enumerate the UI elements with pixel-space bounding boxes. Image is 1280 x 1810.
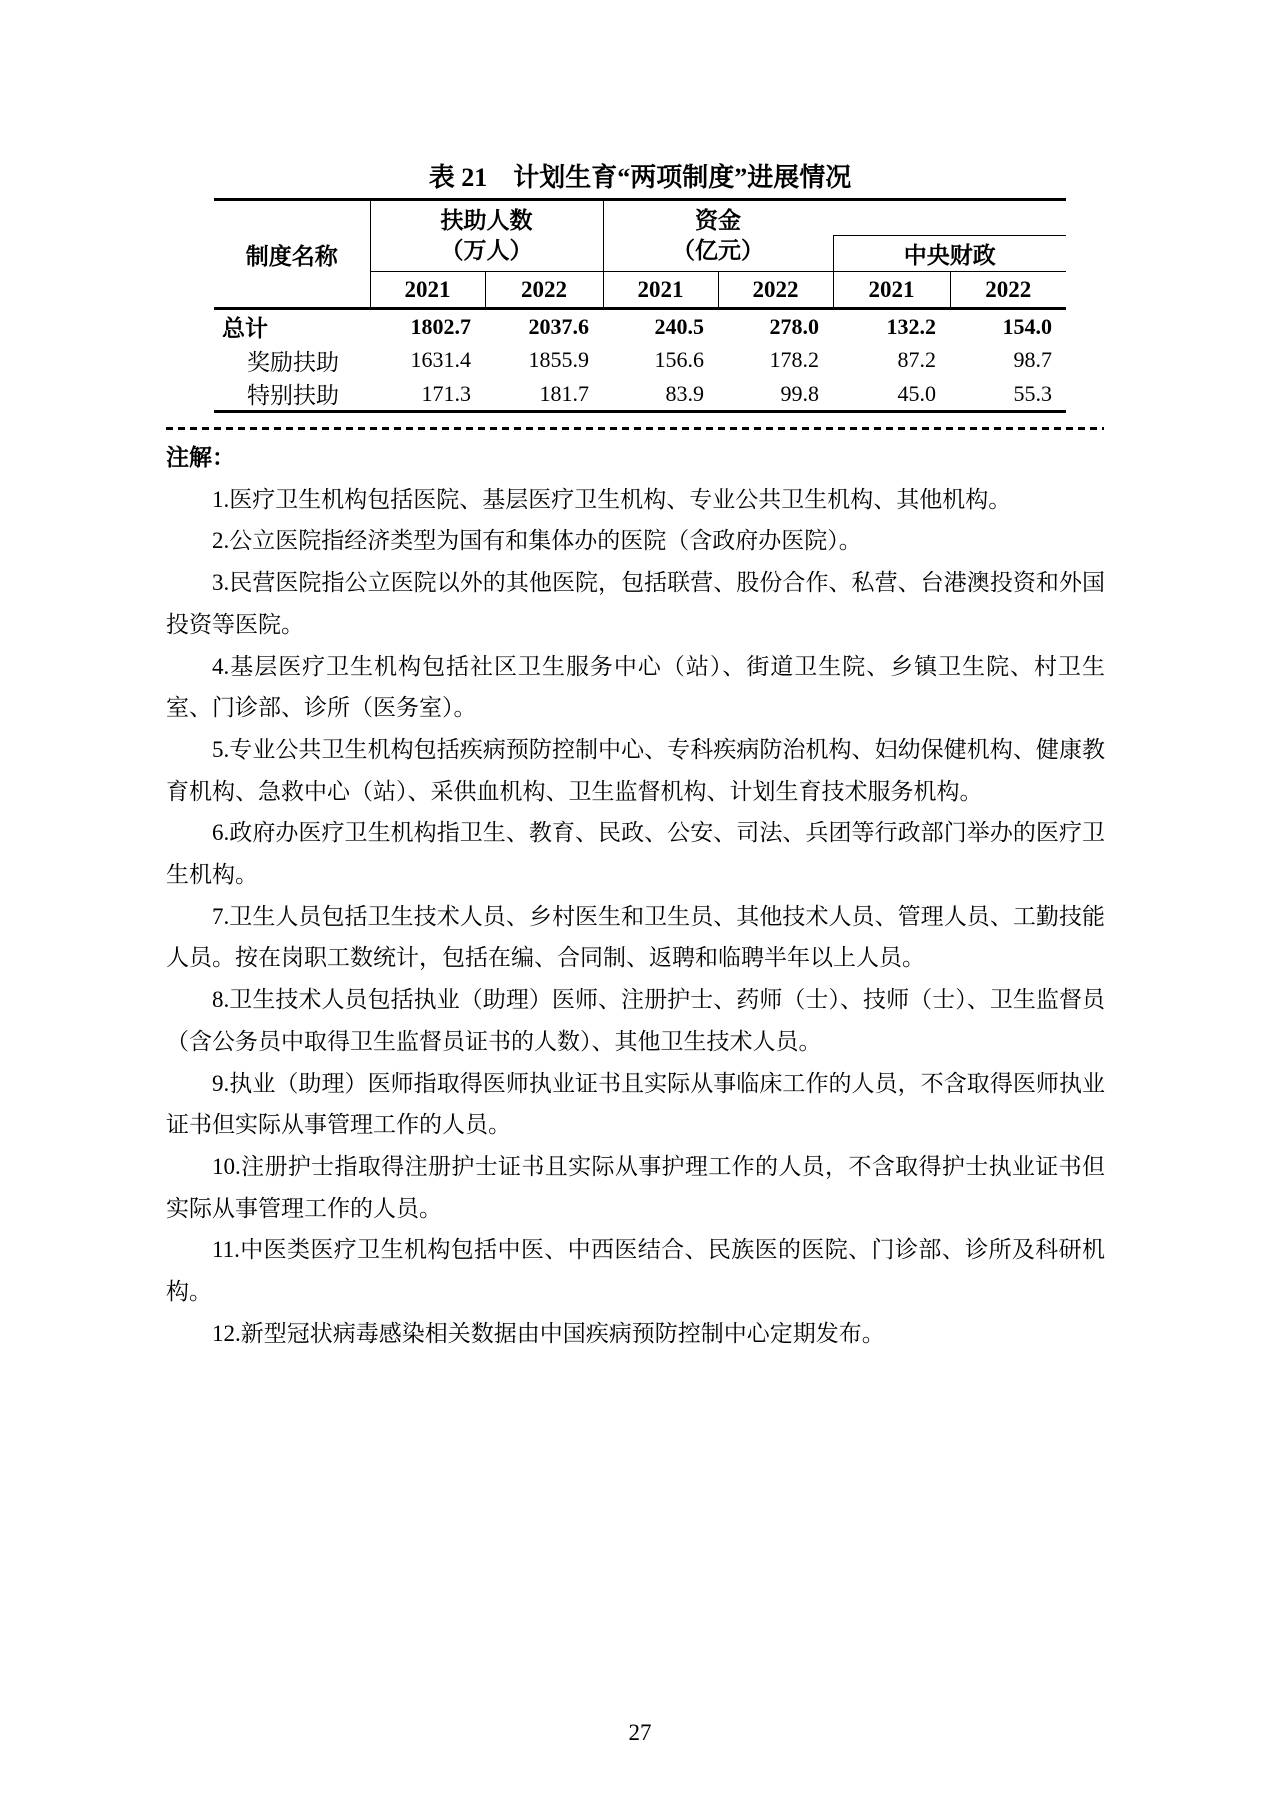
note-item: 10.注册护士指取得注册护士证书且实际从事护理工作的人员，不含取得护士执业证书但… xyxy=(166,1146,1105,1229)
cell-value: 171.3 xyxy=(370,377,485,412)
notes-section: 注解： 1.医疗卫生机构包括医院、基层医疗卫生机构、专业公共卫生机构、其他机构。… xyxy=(166,437,1105,1354)
note-item: 8.卫生技术人员包括执业（助理）医师、注册护士、药师（士）、技师（士）、卫生监督… xyxy=(166,979,1105,1062)
cell-value: 240.5 xyxy=(603,309,718,344)
cell-value: 278.0 xyxy=(718,309,833,344)
cell-value: 83.9 xyxy=(603,377,718,412)
cell-value: 55.3 xyxy=(950,377,1066,412)
group-header-funds-line2: （亿元） xyxy=(604,236,833,266)
cell-value: 87.2 xyxy=(833,343,950,377)
column-header-name: 制度名称 xyxy=(214,200,370,309)
group-header-funds: 资金 （亿元） xyxy=(603,200,833,272)
table-title: 表 21 计划生育“两项制度”进展情况 xyxy=(214,158,1066,198)
table-row: 特别扶助171.3181.783.999.845.055.3 xyxy=(214,377,1066,412)
notes-heading: 注解： xyxy=(166,437,1105,479)
year-header: 2021 xyxy=(603,272,718,309)
year-header: 2022 xyxy=(485,272,603,309)
group-header-funds-line1: 资金 xyxy=(604,206,833,236)
cell-value: 178.2 xyxy=(718,343,833,377)
group-header-recipients: 扶助人数 （万人） xyxy=(370,200,603,272)
cell-value: 156.6 xyxy=(603,343,718,377)
cell-value: 1802.7 xyxy=(370,309,485,344)
notes-list: 1.医疗卫生机构包括医院、基层医疗卫生机构、专业公共卫生机构、其他机构。2.公立… xyxy=(166,479,1105,1355)
cell-value: 1631.4 xyxy=(370,343,485,377)
row-name: 特别扶助 xyxy=(214,377,370,412)
cell-value: 45.0 xyxy=(833,377,950,412)
note-item: 12.新型冠状病毒感染相关数据由中国疾病预防控制中心定期发布。 xyxy=(166,1313,1105,1355)
row-name: 奖励扶助 xyxy=(214,343,370,377)
note-item: 1.医疗卫生机构包括医院、基层医疗卫生机构、专业公共卫生机构、其他机构。 xyxy=(166,479,1105,521)
cell-value: 2037.6 xyxy=(485,309,603,344)
group-header-central-finance: 中央财政 xyxy=(833,236,1066,272)
note-item: 2.公立医院指经济类型为国有和集体办的医院（含政府办医院）。 xyxy=(166,520,1105,562)
note-item: 4.基层医疗卫生机构包括社区卫生服务中心（站）、街道卫生院、乡镇卫生院、村卫生室… xyxy=(166,646,1105,729)
cell-value: 1855.9 xyxy=(485,343,603,377)
note-item: 3.民营医院指公立医院以外的其他医院，包括联营、股份合作、私营、台港澳投资和外国… xyxy=(166,562,1105,645)
cell-value: 181.7 xyxy=(485,377,603,412)
year-header: 2021 xyxy=(833,272,950,309)
year-header: 2022 xyxy=(950,272,1066,309)
note-item: 7.卫生人员包括卫生技术人员、乡村医生和卫生员、其他技术人员、管理人员、工勤技能… xyxy=(166,896,1105,979)
table-row: 奖励扶助1631.41855.9156.6178.287.298.7 xyxy=(214,343,1066,377)
family-planning-table: 制度名称 扶助人数 （万人） 资金 （亿元） 中央财政 202120222021… xyxy=(214,198,1066,413)
year-header: 2021 xyxy=(370,272,485,309)
group-header-spacer xyxy=(833,200,1066,236)
note-item: 5.专业公共卫生机构包括疾病预防控制中心、专科疾病防治机构、妇幼保健机构、健康教… xyxy=(166,729,1105,812)
note-item: 9.执业（助理）医师指取得医师执业证书且实际从事临床工作的人员，不含取得医师执业… xyxy=(166,1063,1105,1146)
group-header-row: 制度名称 扶助人数 （万人） 资金 （亿元） xyxy=(214,200,1066,236)
page-number: 27 xyxy=(0,1720,1280,1746)
group-header-recipients-line1: 扶助人数 xyxy=(371,206,603,236)
note-item: 11.中医类医疗卫生机构包括中医、中西医结合、民族医的医院、门诊部、诊所及科研机… xyxy=(166,1229,1105,1312)
dashed-separator xyxy=(166,427,1104,430)
cell-value: 98.7 xyxy=(950,343,1066,377)
table-header: 制度名称 扶助人数 （万人） 资金 （亿元） 中央财政 202120222021… xyxy=(214,200,1066,309)
cell-value: 154.0 xyxy=(950,309,1066,344)
note-item: 6.政府办医疗卫生机构指卫生、教育、民政、公安、司法、兵团等行政部门举办的医疗卫… xyxy=(166,812,1105,895)
cell-value: 132.2 xyxy=(833,309,950,344)
document-page: 表 21 计划生育“两项制度”进展情况 制度名称 扶助人数 （万人） 资金 （亿… xyxy=(0,0,1280,1810)
table-body: 总计1802.72037.6240.5278.0132.2154.0奖励扶助16… xyxy=(214,309,1066,412)
table-row: 总计1802.72037.6240.5278.0132.2154.0 xyxy=(214,309,1066,344)
group-header-recipients-line2: （万人） xyxy=(371,236,603,266)
cell-value: 99.8 xyxy=(718,377,833,412)
year-header: 2022 xyxy=(718,272,833,309)
row-name: 总计 xyxy=(214,309,370,344)
